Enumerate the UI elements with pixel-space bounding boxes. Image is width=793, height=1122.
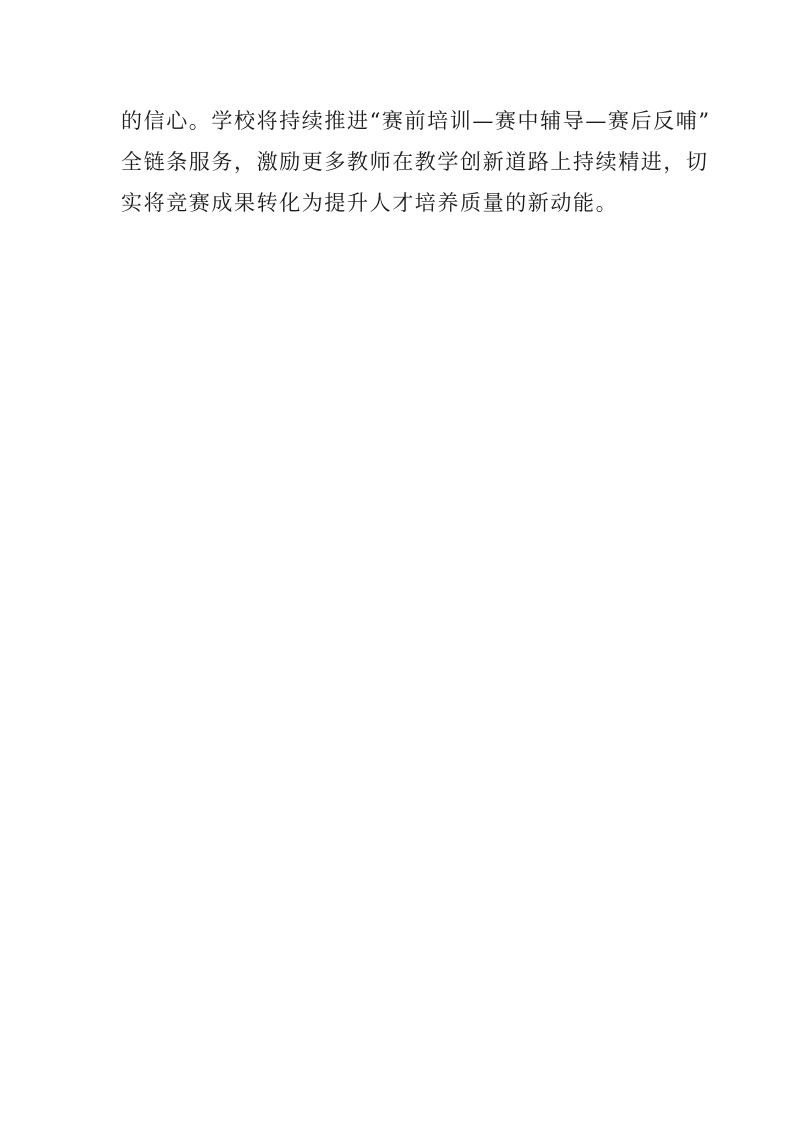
body-paragraph: 的信心。学校将持续推进“赛前培训—赛中辅导—赛后反哺” 全链条服务，激励更多教师… (121, 101, 673, 224)
document-page: 的信心。学校将持续推进“赛前培训—赛中辅导—赛后反哺” 全链条服务，激励更多教师… (0, 0, 793, 1122)
paragraph-line-1: 的信心。学校将持续推进“赛前培训—赛中辅导—赛后反哺” (121, 101, 673, 142)
paragraph-line-3: 实将竞赛成果转化为提升人才培养质量的新动能。 (121, 183, 673, 224)
paragraph-line-2: 全链条服务，激励更多教师在教学创新道路上持续精进，切 (121, 142, 673, 183)
